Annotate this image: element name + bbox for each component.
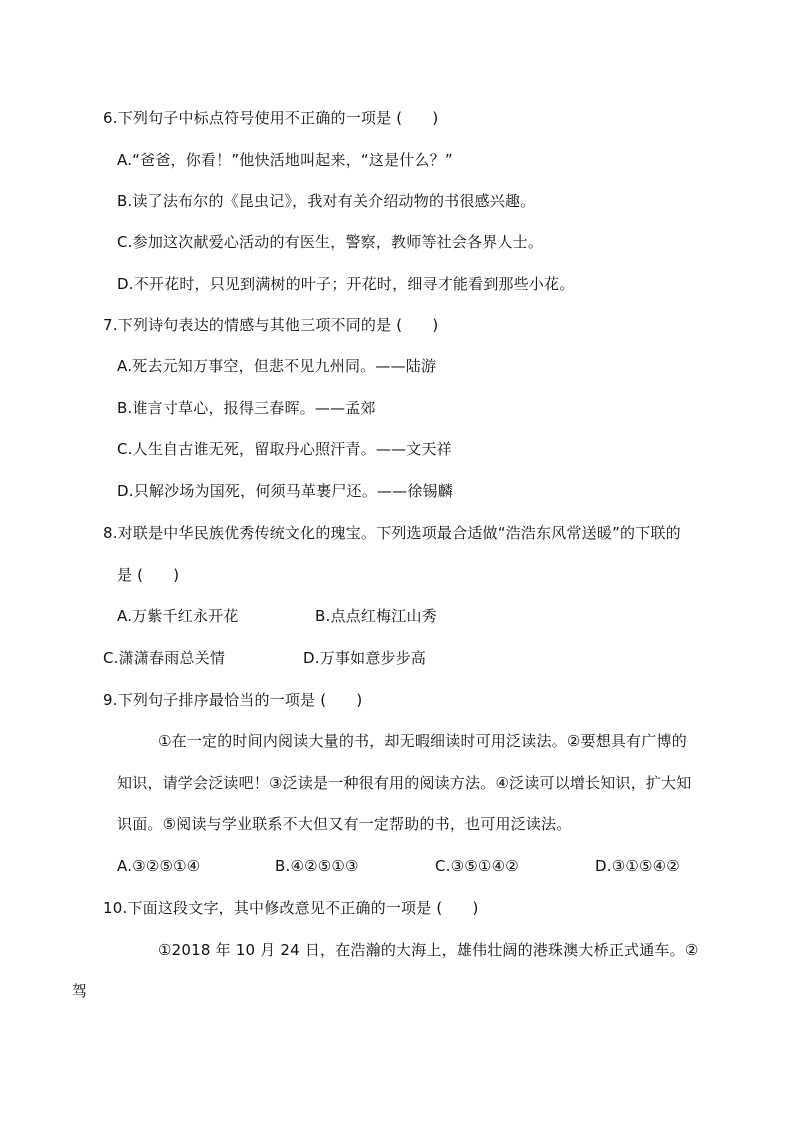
question-9-option-d: D.③①⑤④② [595,856,680,876]
question-8-option-b: B.点点红梅江山秀 [315,606,437,626]
question-7-option-d: D.只解沙场为国死，何须马革裹尸还。——徐锡麟 [117,481,453,501]
question-8-stem-line1: 8.对联是中华民族优秀传统文化的瑰宝。下列选项最合适做“浩浩东风常送暖”的下联的 [103,523,681,543]
question-6-option-b: B.读了法布尔的《昆虫记》，我对有关介绍动物的书很感兴趣。 [117,191,535,211]
close-paren: ) [472,899,478,917]
close-paren: ) [432,316,438,334]
question-9-stem: 9.下列句子排序最恰当的一项是 () [103,690,362,710]
question-9-option-c: C.③⑤①④② [435,856,519,876]
question-10-passage-line1: ①2018 年 10 月 24 日，在浩瀚的大海上，雄伟壮阔的港珠澳大桥正式通车… [158,940,699,960]
question-10-passage-line2: 驾 [72,981,87,1001]
close-paren: ) [432,109,438,127]
close-paren: ) [356,691,362,709]
question-7-option-b: B.谁言寸草心，报得三春晖。——孟郊 [117,398,376,418]
question-8-option-c: C.潇潇春雨总关情 [103,648,225,668]
question-8-stem-line2: 是 () [117,565,179,585]
question-10-stem-text: 10.下面这段文字，其中修改意见不正确的一项是 ( [103,899,442,917]
question-7-option-a: A.死去元知万事空，但悲不见九州同。——陆游 [117,356,436,376]
question-9-passage-line2: 知识，请学会泛读吧！③泛读是一种很有用的阅读方法。④泛读可以增长知识，扩大知 [117,773,692,793]
question-8-stem-line2-text: 是 ( [117,566,143,584]
question-9-option-a: A.③②⑤①④ [117,856,200,876]
question-8-option-a: A.万紫千红永开花 [117,606,239,626]
question-8-option-d: D.万事如意步步高 [303,648,426,668]
question-10-stem: 10.下面这段文字，其中修改意见不正确的一项是 () [103,898,479,918]
question-9-passage-line1: ①在一定的时间内阅读大量的书，却无暇细读时可用泛读法。②要想具有广博的 [158,731,687,751]
question-6-stem: 6.下列句子中标点符号使用不正确的一项是 () [103,108,438,128]
question-6-option-d: D.不开花时，只见到满树的叶子；开花时，细寻才能看到那些小花。 [117,274,575,294]
question-7-stem: 7.下列诗句表达的情感与其他三项不同的是 () [103,315,438,335]
question-9-stem-text: 9.下列句子排序最恰当的一项是 ( [103,691,326,709]
question-9-option-b: B.④②⑤①③ [275,856,359,876]
question-7-stem-text: 7.下列诗句表达的情感与其他三项不同的是 ( [103,316,402,334]
question-6-option-c: C.参加这次献爱心活动的有医生，警察，教师等社会各界人士。 [117,232,543,252]
question-7-option-c: C.人生自古谁无死，留取丹心照汗青。——文天祥 [117,439,452,459]
close-paren: ) [173,566,179,584]
question-6-option-a: A.“爸爸，你看！”他快活地叫起来，“这是什么？” [117,150,453,170]
question-9-passage-line3: 识面。⑤阅读与学业联系不大但又有一定帮助的书，也可用泛读法。 [117,814,571,834]
question-6-stem-text: 6.下列句子中标点符号使用不正确的一项是 ( [103,109,402,127]
